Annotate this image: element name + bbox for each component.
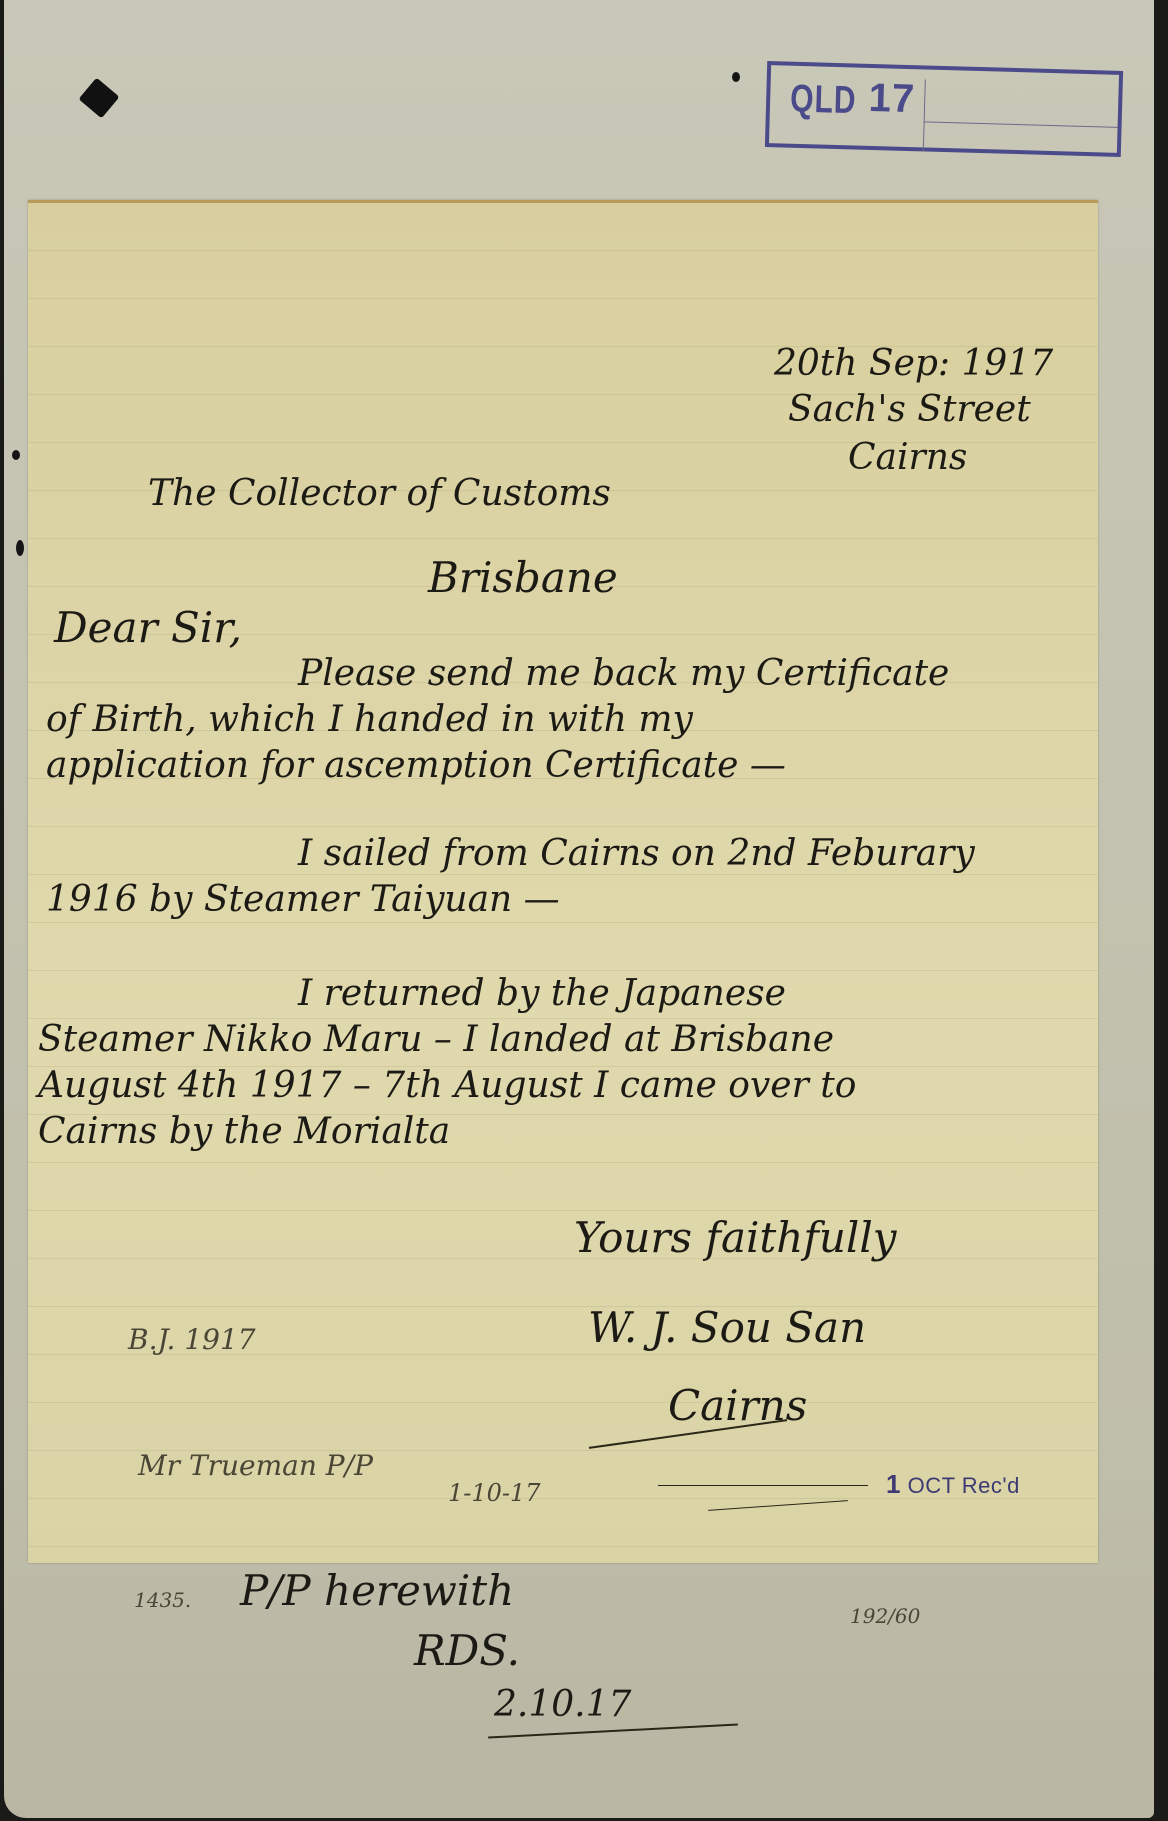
body-line-5: 1916 by Steamer Taiyuan — [46,879,560,920]
body-line-6: I returned by the Japanese [298,973,786,1014]
archival-folio: QLD 17 20th Sep: 1917 Sach's Street Cair… [4,0,1154,1818]
binding-mark [16,540,24,556]
pen-stroke [708,1500,848,1511]
address-city: Cairns [848,437,967,478]
body-line-9: Cairns by the Morialta [38,1111,450,1152]
initials-date: 1-10-17 [448,1479,541,1507]
signature-place: Cairns [668,1381,807,1430]
binding-mark [12,450,20,460]
body-line-3: application for ascemption Certificate — [46,745,786,786]
minute-text: P/P herewith [240,1566,514,1615]
body-line-7: Steamer Nikko Maru – I landed at Brisban… [38,1019,834,1060]
received-stamp-day: 1 [886,1469,901,1499]
closing: Yours faithfully [574,1213,897,1262]
ink-spot [732,72,740,82]
received-stamp-text: OCT Rec'd [908,1473,1020,1498]
folio-number: 1435. [134,1588,191,1612]
pencil-note: Mr Trueman P/P [138,1449,373,1482]
letter-date: 20th Sep: 1917 [774,343,1053,384]
recipient-title: The Collector of Customs [148,473,611,514]
minute-date: 2.10.17 [494,1684,631,1725]
punch-hole [79,78,120,119]
archive-stamp-prefix: QLD [790,78,858,124]
archive-stamp-number: 17 [868,76,916,121]
body-line-1: Please send me back my Certificate [298,653,949,694]
received-stamp: 1 OCT Rec'd [886,1469,1020,1500]
salutation: Dear Sir, [54,603,242,652]
minute-underline [488,1723,738,1738]
address-street: Sach's Street [788,389,1031,430]
body-line-8: August 4th 1917 – 7th August I came over… [38,1065,856,1106]
signature: W. J. Sou San [588,1303,866,1352]
pencil-reference: B.J. 1917 [128,1323,256,1356]
archive-stamp: QLD 17 [765,61,1123,157]
recipient-city: Brisbane [428,553,618,602]
letter-sheet: 20th Sep: 1917 Sach's Street Cairns The … [28,200,1098,1563]
body-line-2: of Birth, which I handed in with my [46,699,693,740]
pen-stroke [658,1485,868,1486]
minute-initials: RDS. [414,1626,520,1675]
body-line-4: I sailed from Cairns on 2nd Feburary [298,833,975,874]
file-reference: 192/60 [850,1604,920,1628]
